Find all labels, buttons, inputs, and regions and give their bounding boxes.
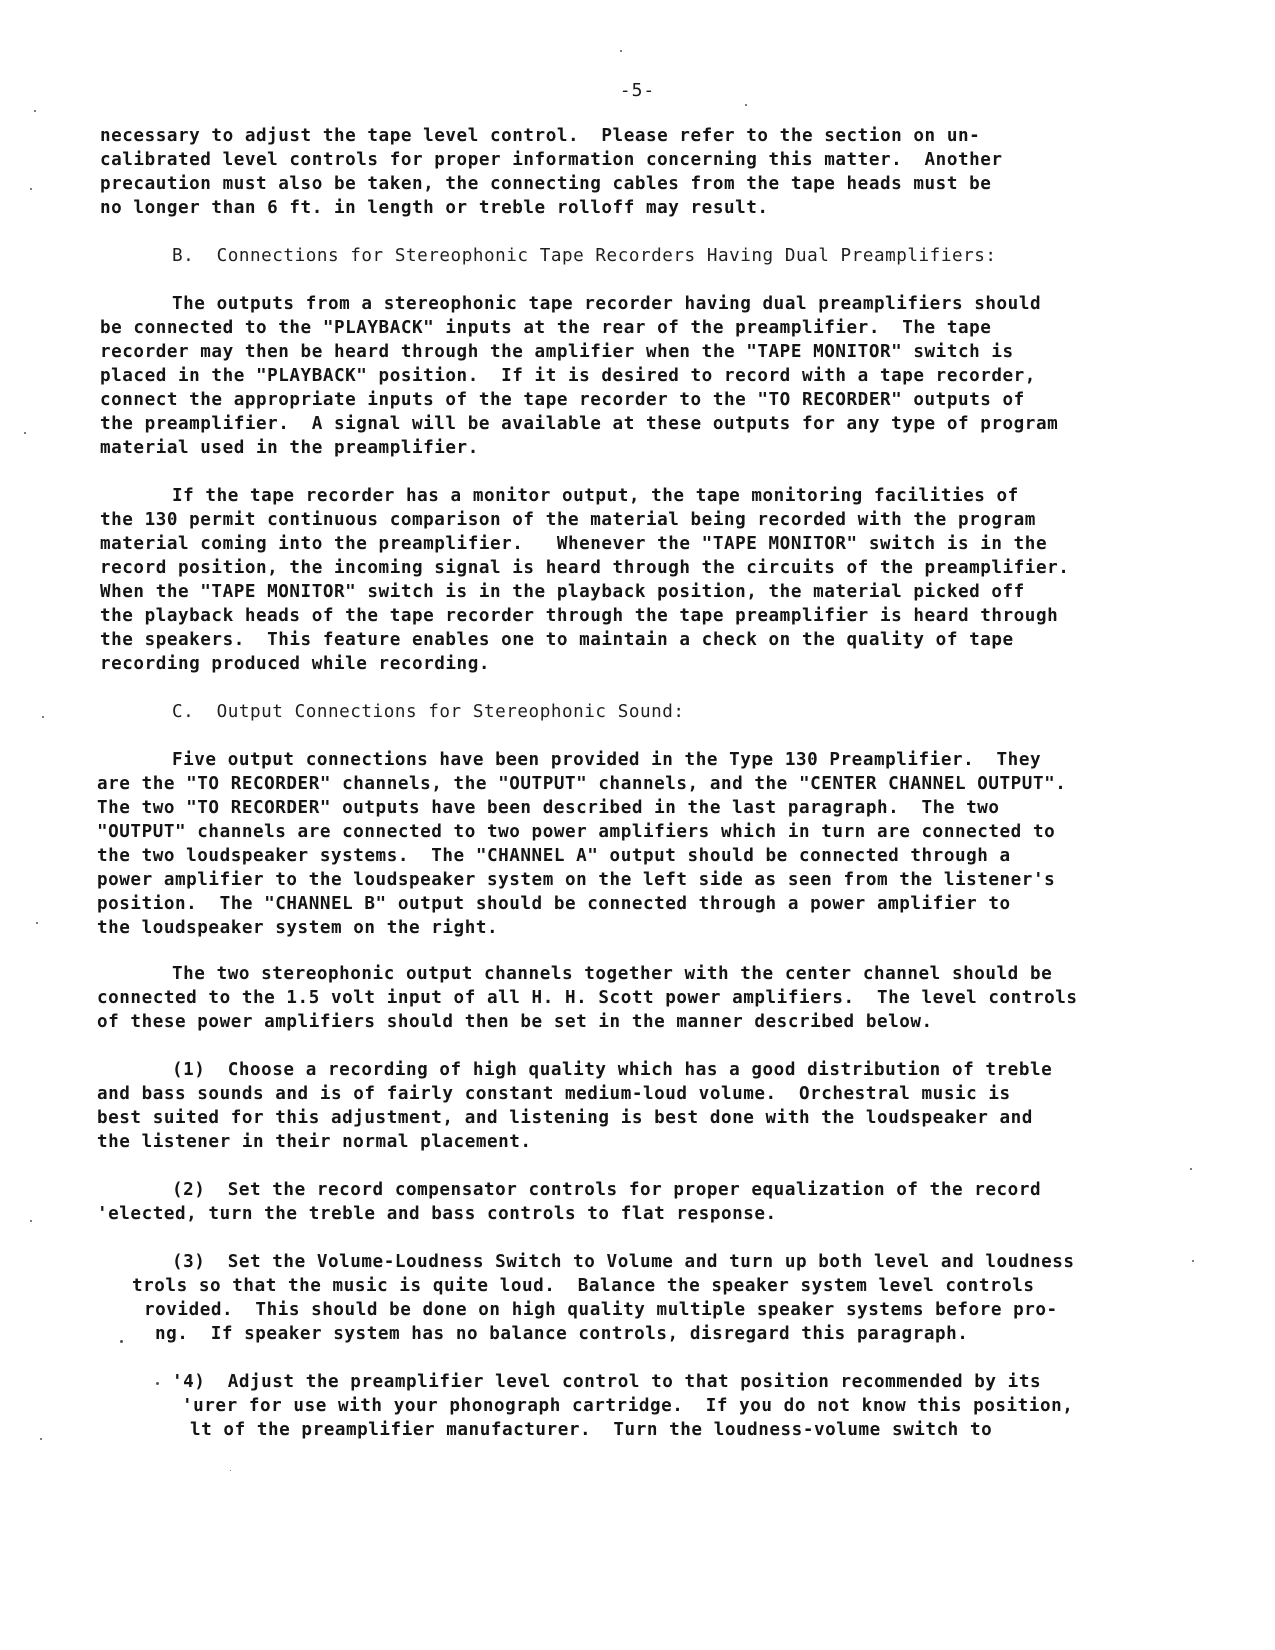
page-number: -5- bbox=[0, 80, 1275, 101]
paragraph-line: record position, the incoming signal is … bbox=[100, 556, 1069, 580]
scan-speck bbox=[156, 1382, 159, 1385]
paragraph-line: connect the appropriate inputs of the ta… bbox=[100, 388, 1025, 412]
paragraph-line: trols so that the music is quite loud. B… bbox=[132, 1274, 1035, 1298]
scan-speck bbox=[36, 922, 38, 924]
paragraph-line: placed in the "PLAYBACK" position. If it… bbox=[100, 364, 1036, 388]
paragraph-line: recording produced while recording. bbox=[100, 652, 490, 676]
paragraph-line: of these power amplifiers should then be… bbox=[97, 1010, 933, 1034]
paragraph-line: and bass sounds and is of fairly constan… bbox=[97, 1082, 1011, 1106]
paragraph-line: connected to the 1.5 volt input of all H… bbox=[97, 986, 1078, 1010]
paragraph-line: When the "TAPE MONITOR" switch is in the… bbox=[100, 580, 1025, 604]
paragraph-line: (3) Set the Volume-Loudness Switch to Vo… bbox=[172, 1250, 1075, 1274]
paragraph-line: the loudspeaker system on the right. bbox=[97, 916, 498, 940]
paragraph-line: be connected to the "PLAYBACK" inputs at… bbox=[100, 316, 991, 340]
section-heading: C. Output Connections for Stereophonic S… bbox=[172, 700, 685, 724]
paragraph-line: calibrated level controls for proper inf… bbox=[100, 148, 1003, 172]
paragraph-line: best suited for this adjustment, and lis… bbox=[97, 1106, 1033, 1130]
paragraph-line: power amplifier to the loudspeaker syste… bbox=[97, 868, 1055, 892]
scan-speck bbox=[620, 50, 622, 52]
paragraph-line: necessary to adjust the tape level contr… bbox=[100, 124, 980, 148]
scan-speck bbox=[34, 110, 36, 112]
scan-speck bbox=[120, 1340, 123, 1343]
section-heading: B. Connections for Stereophonic Tape Rec… bbox=[172, 244, 997, 268]
paragraph-line: Five output connections have been provid… bbox=[172, 748, 1041, 772]
paragraph-line: The two stereophonic output channels tog… bbox=[172, 962, 1052, 986]
paragraph-line: the two loudspeaker systems. The "CHANNE… bbox=[97, 844, 1011, 868]
paragraph-line: the speakers. This feature enables one t… bbox=[100, 628, 1014, 652]
paragraph-line: The two "TO RECORDER" outputs have been … bbox=[97, 796, 1000, 820]
paragraph-line: (1) Choose a recording of high quality w… bbox=[172, 1058, 1052, 1082]
paragraph-line: precaution must also be taken, the conne… bbox=[100, 172, 991, 196]
paragraph-line: material coming into the preamplifier. W… bbox=[100, 532, 1047, 556]
scan-speck bbox=[30, 1220, 32, 1222]
scan-speck bbox=[1192, 1260, 1194, 1262]
paragraph-line: the preamplifier. A signal will be avail… bbox=[100, 412, 1058, 436]
paragraph-line: '4) Adjust the preamplifier level contro… bbox=[172, 1370, 1041, 1394]
paragraph-line: the listener in their normal placement. bbox=[97, 1130, 532, 1154]
paragraph-line: no longer than 6 ft. in length or treble… bbox=[100, 196, 769, 220]
paragraph-line: the 130 permit continuous comparison of … bbox=[100, 508, 1036, 532]
paragraph-line: position. The "CHANNEL B" output should … bbox=[97, 892, 1011, 916]
scan-speck bbox=[1190, 1168, 1192, 1170]
scan-speck bbox=[24, 432, 26, 434]
paragraph-line: "OUTPUT" channels are connected to two p… bbox=[97, 820, 1055, 844]
paragraph-line: 'elected, turn the treble and bass contr… bbox=[97, 1202, 777, 1226]
scan-speck bbox=[745, 104, 747, 106]
paragraph-line: lt of the preamplifier manufacturer. Tur… bbox=[190, 1418, 992, 1442]
scan-speck bbox=[40, 1438, 42, 1440]
scan-speck bbox=[42, 716, 44, 718]
paragraph-line: recorder may then be heard through the a… bbox=[100, 340, 1014, 364]
paragraph-line: ng. If speaker system has no balance con… bbox=[155, 1322, 968, 1346]
scan-speck bbox=[230, 1470, 231, 1471]
paragraph-line: are the "TO RECORDER" channels, the "OUT… bbox=[97, 772, 1066, 796]
paragraph-line: If the tape recorder has a monitor outpu… bbox=[172, 484, 1019, 508]
paragraph-line: (2) Set the record compensator controls … bbox=[172, 1178, 1041, 1202]
paragraph-line: The outputs from a stereophonic tape rec… bbox=[172, 292, 1041, 316]
scan-speck bbox=[30, 188, 32, 190]
paragraph-line: 'urer for use with your phonograph cartr… bbox=[182, 1394, 1073, 1418]
paragraph-line: material used in the preamplifier. bbox=[100, 436, 479, 460]
document-page: -5- necessary to adjust the tape level c… bbox=[0, 0, 1275, 1650]
paragraph-line: the playback heads of the tape recorder … bbox=[100, 604, 1058, 628]
paragraph-line: rovided. This should be done on high qua… bbox=[144, 1298, 1058, 1322]
